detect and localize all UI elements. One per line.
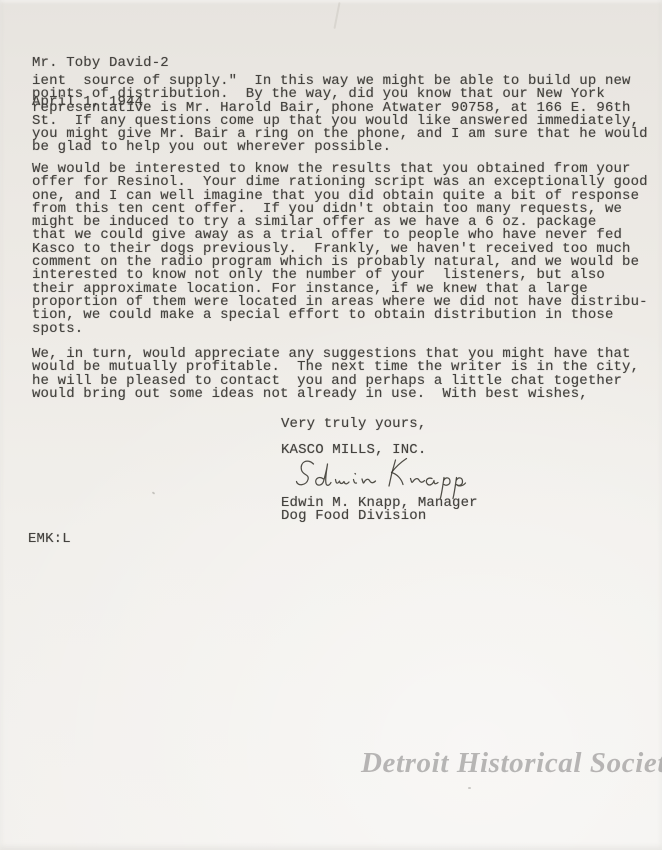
paragraph-3: We, in turn, would appreciate any sugges… (32, 348, 639, 401)
scanned-letter-page: Mr. Toby David-2 April 1, 1944 ient sour… (0, 0, 662, 850)
paper-speck (468, 787, 471, 789)
reference-initials: EMK:L (28, 533, 71, 546)
recipient-page-line: Mr. Toby David-2 (32, 57, 169, 70)
paper-crease (333, 2, 340, 29)
paragraph-1: ient source of supply." In this way we m… (32, 75, 648, 155)
paper-speck (152, 491, 156, 494)
valediction: Very truly yours, (281, 418, 426, 431)
archive-watermark: Detroit Historical Society (361, 747, 662, 779)
division-line: Dog Food Division (281, 510, 426, 523)
paragraph-2: We would be interested to know the resul… (32, 163, 648, 336)
